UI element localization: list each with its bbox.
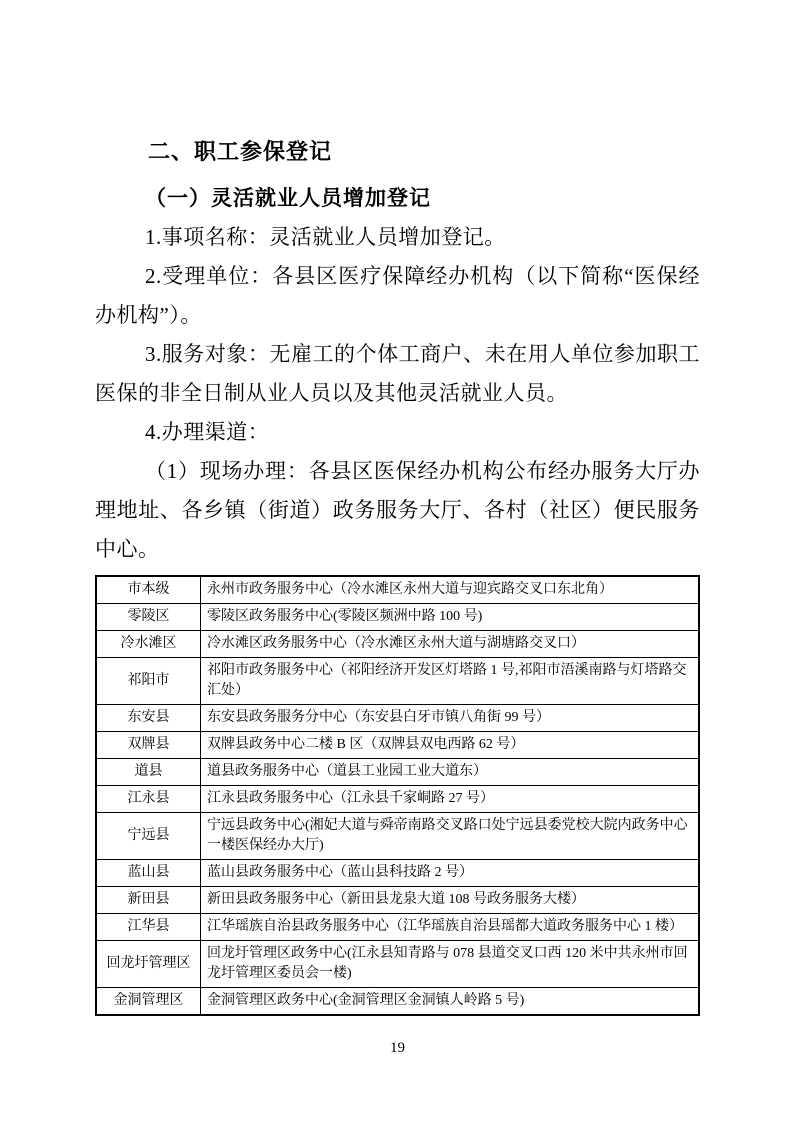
address-cell: 双牌县政务中心二楼 B 区（双牌县双电西路 62 号） (201, 732, 700, 759)
table-row: 道县 道县政务服务中心（道县工业园工业大道东） (96, 759, 699, 786)
region-cell: 祁阳市 (96, 658, 201, 705)
address-cell: 回龙圩管理区政务中心(江永县知青路与 078 县道交叉口西 120 米中共永州市… (201, 941, 700, 988)
table-row: 双牌县 双牌县政务中心二楼 B 区（双牌县双电西路 62 号） (96, 732, 699, 759)
address-cell: 蓝山县政务服务中心（蓝山县科技路 2 号） (201, 860, 700, 887)
table-row: 新田县 新田县政务服务中心（新田县龙泉大道 108 号政务服务大楼） (96, 887, 699, 914)
service-centers-table: 市本级 永州市政务服务中心（冷水滩区永州大道与迎宾路交叉口东北角） 零陵区 零陵… (95, 575, 700, 1016)
service-centers-table-body: 市本级 永州市政务服务中心（冷水滩区永州大道与迎宾路交叉口东北角） 零陵区 零陵… (96, 576, 699, 1015)
table-row: 祁阳市 祁阳市政务服务中心（祁阳经济开发区灯塔路 1 号,祁阳市浯溪南路与灯塔路… (96, 658, 699, 705)
table-row: 东安县 东安县政务服务分中心（东安县白牙市镇八角街 99 号） (96, 705, 699, 732)
address-cell: 道县政务服务中心（道县工业园工业大道东） (201, 759, 700, 786)
table-row: 金洞管理区 金洞管理区政务中心(金洞管理区金洞镇人岭路 5 号) (96, 988, 699, 1016)
table-row: 回龙圩管理区 回龙圩管理区政务中心(江永县知青路与 078 县道交叉口西 120… (96, 941, 699, 988)
address-cell: 冷水滩区政务服务中心（冷水滩区永州大道与湖塘路交叉口） (201, 631, 700, 658)
region-cell: 冷水滩区 (96, 631, 201, 658)
region-cell: 宁远县 (96, 813, 201, 860)
region-cell: 江华县 (96, 914, 201, 941)
subsection-heading: （一）灵活就业人员增加登记 (95, 184, 700, 212)
paragraph: （1）现场办理：各县区医保经办机构公布经办服务大厅办理地址、各乡镇（街道）政务服… (95, 452, 700, 569)
document-page: 二、职工参保登记 （一）灵活就业人员增加登记 1.事项名称：灵活就业人员增加登记… (0, 0, 793, 1122)
address-cell: 宁远县政务中心(湘妃大道与舜帝南路交叉路口处宁远县委党校大院内政务中心一楼医保经… (201, 813, 700, 860)
body-paragraphs: 1.事项名称：灵活就业人员增加登记。 2.受理单位：各县区医疗保障经办机构（以下… (95, 218, 700, 569)
region-cell: 回龙圩管理区 (96, 941, 201, 988)
region-cell: 金洞管理区 (96, 988, 201, 1016)
paragraph: 3.服务对象：无雇工的个体工商户、未在用人单位参加职工医保的非全日制从业人员以及… (95, 335, 700, 413)
region-cell: 道县 (96, 759, 201, 786)
table-row: 冷水滩区 冷水滩区政务服务中心（冷水滩区永州大道与湖塘路交叉口） (96, 631, 699, 658)
address-cell: 江永县政务服务中心（江永县千家峒路 27 号） (201, 786, 700, 813)
paragraph: 1.事项名称：灵活就业人员增加登记。 (95, 218, 700, 257)
region-cell: 双牌县 (96, 732, 201, 759)
region-cell: 零陵区 (96, 604, 201, 631)
table-row: 蓝山县 蓝山县政务服务中心（蓝山县科技路 2 号） (96, 860, 699, 887)
address-cell: 永州市政务服务中心（冷水滩区永州大道与迎宾路交叉口东北角） (201, 576, 700, 604)
address-cell: 东安县政务服务分中心（东安县白牙市镇八角街 99 号） (201, 705, 700, 732)
table-row: 宁远县 宁远县政务中心(湘妃大道与舜帝南路交叉路口处宁远县委党校大院内政务中心一… (96, 813, 699, 860)
region-cell: 新田县 (96, 887, 201, 914)
address-cell: 祁阳市政务服务中心（祁阳经济开发区灯塔路 1 号,祁阳市浯溪南路与灯塔路交汇处） (201, 658, 700, 705)
region-cell: 江永县 (96, 786, 201, 813)
region-cell: 市本级 (96, 576, 201, 604)
table-row: 江华县 江华瑶族自治县政务服务中心（江华瑶族自治县瑶都大道政务服务中心 1 楼） (96, 914, 699, 941)
section-heading: 二、职工参保登记 (95, 138, 700, 165)
page-number: 19 (95, 1040, 700, 1057)
address-cell: 江华瑶族自治县政务服务中心（江华瑶族自治县瑶都大道政务服务中心 1 楼） (201, 914, 700, 941)
address-cell: 新田县政务服务中心（新田县龙泉大道 108 号政务服务大楼） (201, 887, 700, 914)
region-cell: 蓝山县 (96, 860, 201, 887)
table-row: 市本级 永州市政务服务中心（冷水滩区永州大道与迎宾路交叉口东北角） (96, 576, 699, 604)
address-cell: 零陵区政务服务中心(零陵区频洲中路 100 号) (201, 604, 700, 631)
paragraph: 4.办理渠道： (95, 413, 700, 452)
paragraph: 2.受理单位：各县区医疗保障经办机构（以下简称“医保经办机构”）。 (95, 257, 700, 335)
region-cell: 东安县 (96, 705, 201, 732)
table-row: 零陵区 零陵区政务服务中心(零陵区频洲中路 100 号) (96, 604, 699, 631)
address-cell: 金洞管理区政务中心(金洞管理区金洞镇人岭路 5 号) (201, 988, 700, 1016)
table-row: 江永县 江永县政务服务中心（江永县千家峒路 27 号） (96, 786, 699, 813)
